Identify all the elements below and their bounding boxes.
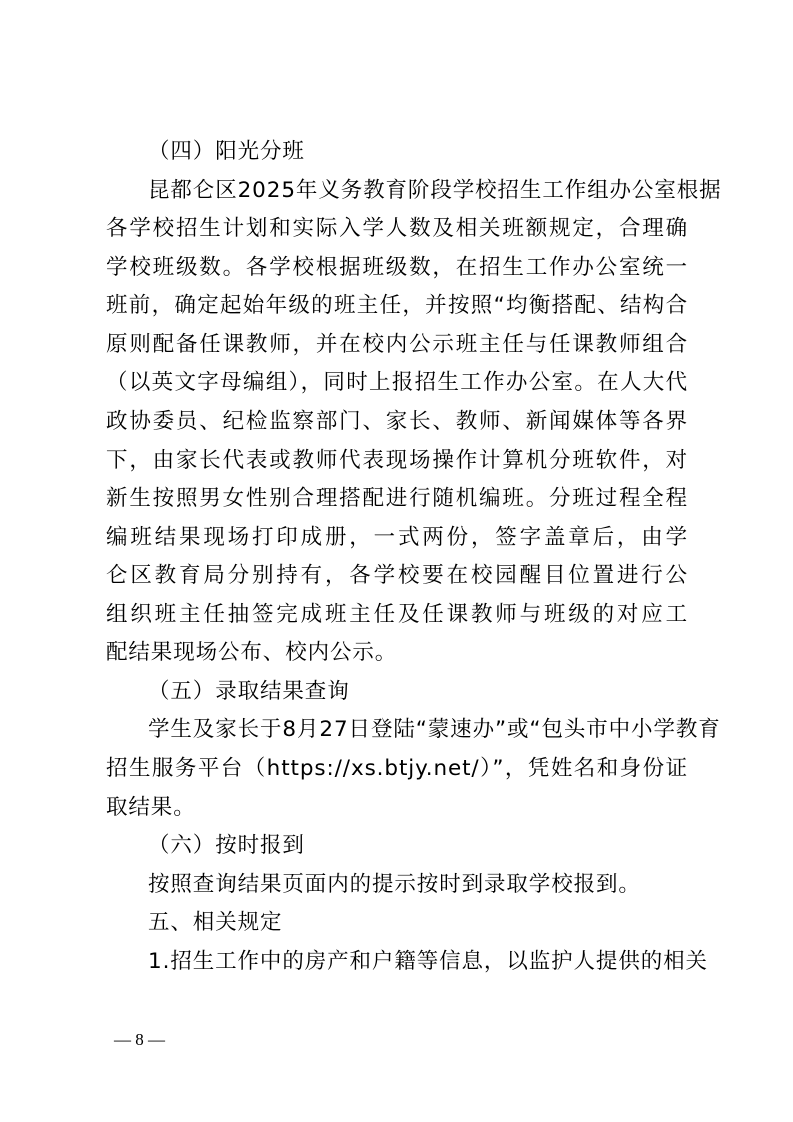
section-heading-sunshine-class-assignment: （四）阳光分班 (106, 133, 688, 172)
paragraph-line: 各学校招生计划和实际入学人数及相关班额规定，合理确定各 (106, 210, 688, 249)
document-body: （四）阳光分班 昆都仑区2025年义务教育阶段学校招生工作组办公室根据 各学校招… (106, 133, 688, 981)
paragraph-line: 学生及家长于8月27日登陆“蒙速办”或“包头市中小学教育 (106, 711, 688, 750)
paragraph-line: 下，由家长代表或教师代表现场操作计算机分班软件，对全体 (106, 442, 688, 481)
paragraph-line: 新生按照男女性别合理搭配进行随机编班。分班过程全程录像， (106, 480, 688, 519)
section-heading-report-on-time: （六）按时报到 (106, 827, 688, 866)
paragraph-line: 原则配备任课教师，并在校内公示班主任与任课教师组合名单 (106, 326, 688, 365)
document-page: （四）阳光分班 昆都仑区2025年义务教育阶段学校招生工作组办公室根据 各学校招… (0, 0, 793, 1122)
paragraph-line: 班前，确定起始年级的班主任，并按照“均衡搭配、结构合理”的 (106, 287, 688, 326)
paragraph-line: 1.招生工作中的房产和户籍等信息，以监护人提供的相关 (106, 943, 688, 982)
page-number: — 8 — (114, 1030, 165, 1050)
paragraph-line: 配结果现场公布、校内公示。 (106, 634, 688, 673)
paragraph-line: 政协委员、纪检监察部门、家长、教师、新闻媒体等各界代表监督 (106, 403, 688, 442)
paragraph-line: 招生服务平台（https://xs.btjy.net/）”，凭姓名和身份证号查询… (106, 750, 688, 789)
section-heading-admission-result-query: （五）录取结果查询 (106, 673, 688, 712)
paragraph-line: 学校班级数。各学校根据班级数，在招生工作办公室统一组织分 (106, 249, 688, 288)
paragraph-line: 仑区教育局分别持有，各学校要在校园醒目位置进行公示。学校 (106, 557, 688, 596)
paragraph-line: 组织班主任抽签完成班主任及任课教师与班级的对应工作，匹 (106, 596, 688, 635)
paragraph-line: 昆都仑区2025年义务教育阶段学校招生工作组办公室根据 (106, 172, 688, 211)
paragraph-line: 按照查询结果页面内的提示按时到录取学校报到。 (106, 866, 688, 905)
paragraph-line: 编班结果现场打印成册，一式两份，签字盖章后，由学校、昆都 (106, 519, 688, 558)
section-heading-related-regulations: 五、相关规定 (106, 904, 688, 943)
paragraph-line: （以英文字母编组），同时上报招生工作办公室。在人大代表、 (106, 364, 688, 403)
paragraph-line: 取结果。 (106, 789, 688, 828)
